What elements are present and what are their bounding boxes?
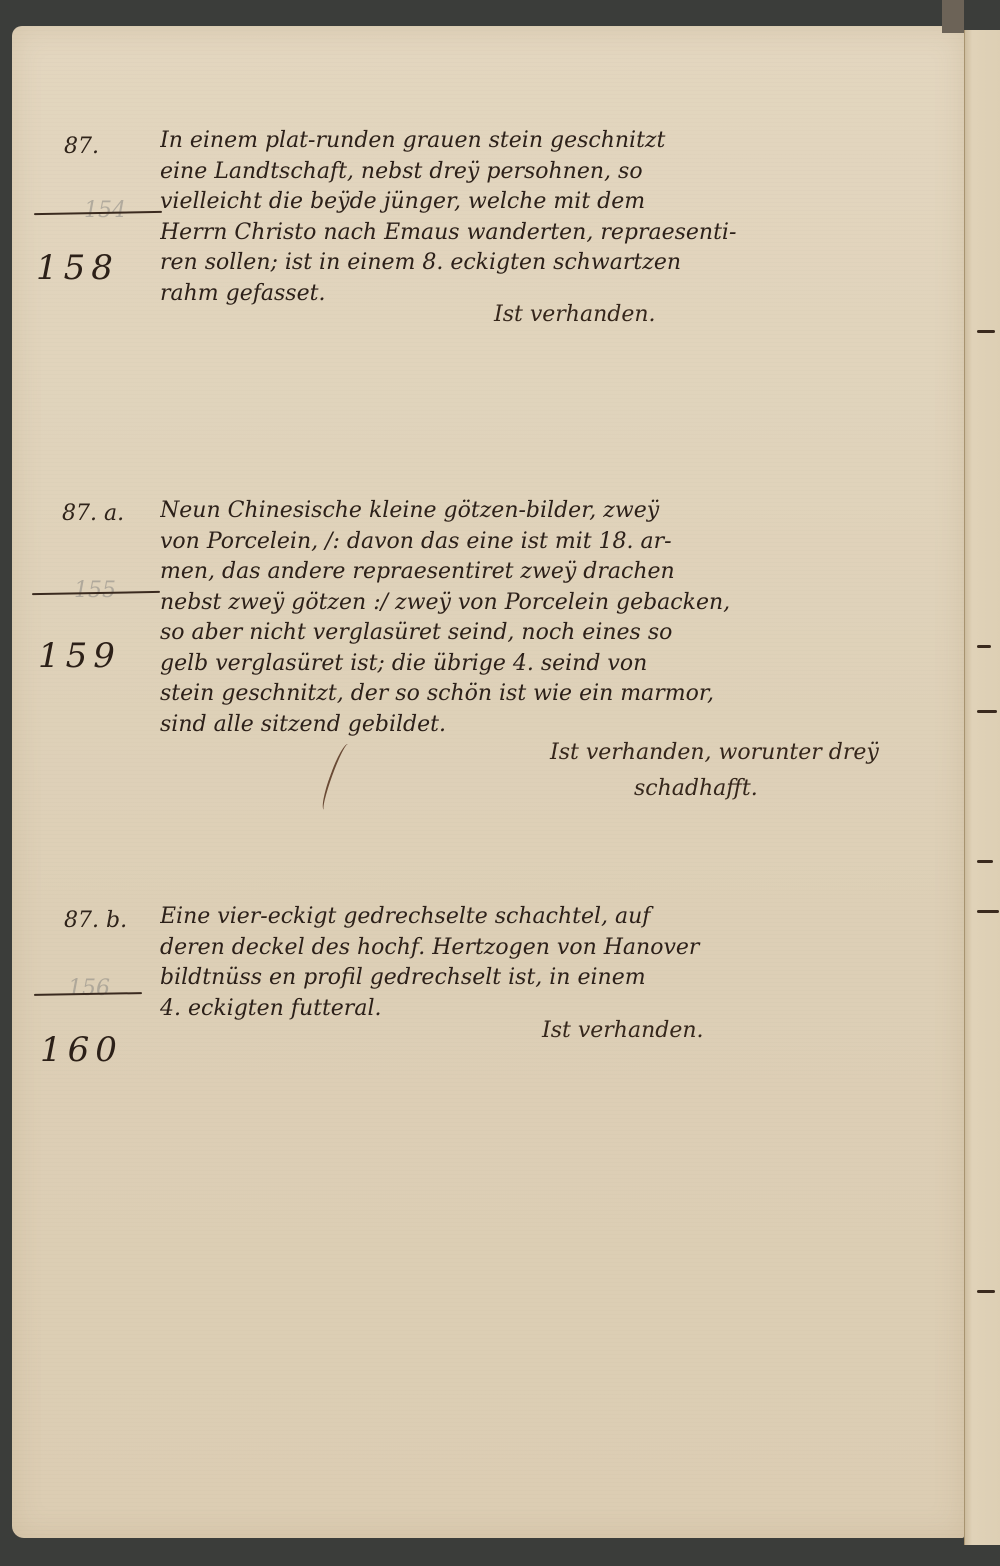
folio-number: 160 — [40, 1030, 123, 1070]
entry-text: In einem plat-runden grauen stein geschn… — [160, 126, 970, 309]
text-line: In einem plat-runden grauen stein geschn… — [160, 126, 970, 157]
pen-flourish-mark — [318, 742, 353, 812]
manuscript-page: 87. 154 158 In einem plat-runden grauen … — [12, 26, 964, 1538]
text-line: vielleicht die beÿde jünger, welche mit … — [160, 187, 970, 218]
binding-spine — [942, 0, 964, 33]
entry-text: Neun Chinesische kleine götzen-bilder, z… — [160, 496, 970, 740]
text-line: deren deckel des hochf. Hertzogen von Ha… — [160, 933, 970, 964]
ink-mark — [977, 1290, 995, 1293]
status-note-continued: schadhafft. — [634, 776, 758, 801]
adjacent-page-edge — [964, 30, 1000, 1545]
text-line: so aber nicht verglasüret seind, noch ei… — [160, 618, 970, 649]
text-line: gelb verglasüret ist; die übrige 4. sein… — [160, 649, 970, 680]
text-line: von Porcelein, /: davon das eine ist mit… — [160, 527, 970, 558]
ink-mark — [977, 860, 993, 863]
crossed-old-folio: 156 — [68, 976, 110, 1001]
text-line: eine Landtschaft, nebst dreÿ persohnen, … — [160, 157, 970, 188]
status-note: Ist verhanden. — [494, 302, 656, 327]
text-line: bildtnüss en profil gedrechselt ist, in … — [160, 963, 970, 994]
ink-mark — [977, 910, 999, 913]
text-line: sind alle sitzend gebildet. — [160, 710, 970, 741]
entry-text: Eine vier-eckigt gedrechselte schachtel,… — [160, 902, 970, 1024]
text-line: ren sollen; ist in einem 8. eckigten sch… — [160, 248, 970, 279]
text-line: stein geschnitzt, der so schön ist wie e… — [160, 679, 970, 710]
text-line: nebst zweÿ götzen :/ zweÿ von Porcelein … — [160, 588, 970, 619]
item-number: 87. a. — [62, 501, 124, 526]
folio-number: 158 — [36, 248, 119, 288]
ink-mark — [977, 710, 997, 713]
text-line: men, das andere repraesentiret zweÿ drac… — [160, 557, 970, 588]
item-number: 87. — [64, 134, 99, 159]
text-line: Neun Chinesische kleine götzen-bilder, z… — [160, 496, 970, 527]
text-line: Herrn Christo nach Emaus wanderten, repr… — [160, 218, 970, 249]
crossed-old-folio: 154 — [84, 198, 126, 223]
text-line: Eine vier-eckigt gedrechselte schachtel,… — [160, 902, 970, 933]
crossed-old-folio: 155 — [74, 578, 116, 603]
folio-number: 159 — [38, 636, 121, 676]
status-note: Ist verhanden. — [542, 1018, 704, 1043]
status-note: Ist verhanden, worunter dreÿ — [550, 740, 879, 765]
ink-mark — [977, 645, 991, 648]
item-number: 87. b. — [64, 908, 127, 933]
ink-mark — [977, 330, 995, 333]
